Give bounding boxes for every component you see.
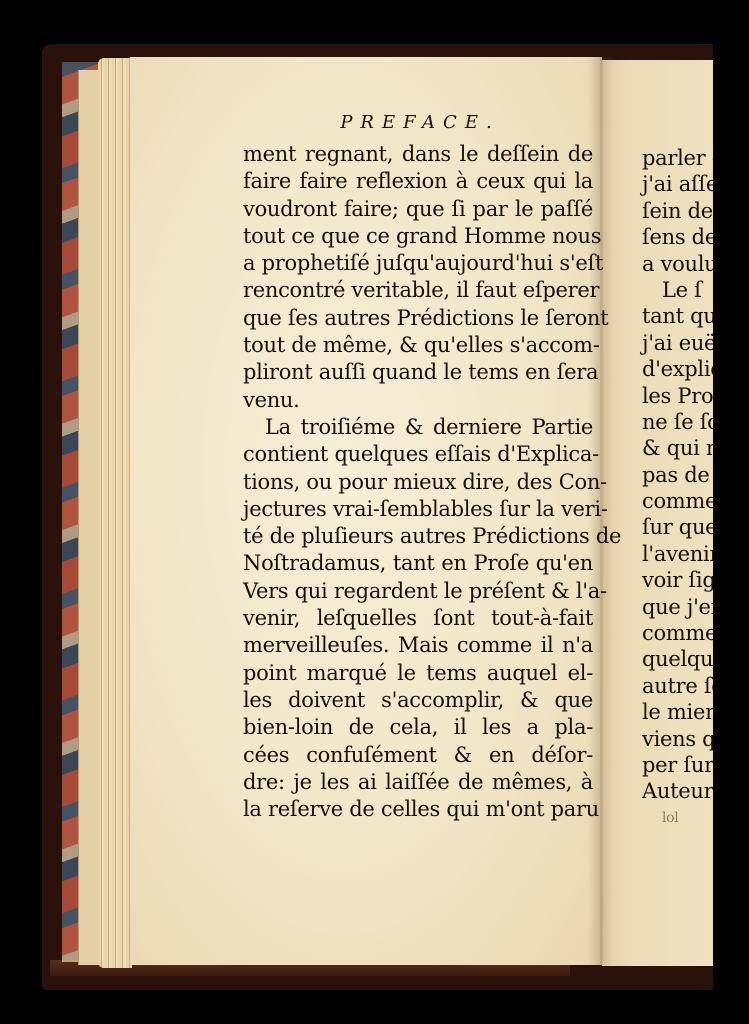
left-page-text: ment regnant, dans le deſſein de faire f… [243,141,593,823]
text-line: tout de même, & qu'elles s'accom- [243,332,593,359]
text-line: les Prop [642,383,713,409]
text-line: comme [642,620,713,646]
text-line: cées confuſément & en déſor- [243,742,593,769]
text-line: jectures vrai-ſemblables ſur la veri- [243,496,593,523]
page-stack-edges [98,58,132,968]
text-line: le mien [642,699,713,725]
text-line: per ſur [642,752,713,778]
text-line: La troiſiéme & derniere Partie [243,414,593,441]
text-line: Auteur [642,778,713,804]
text-line: j'ai aſſer [642,171,713,197]
right-page-text: parler c j'ai aſſer ſein de ſens de a vo… [642,145,713,831]
text-line: ſens de [642,224,713,250]
text-line: pliront auſſi quand le tems en ſera [243,359,593,386]
text-line: que ſes autres Prédictions le ſeront [243,305,593,332]
text-line: faire faire reflexion à ceux qui la [243,168,593,195]
text-line: viens qu [642,726,713,752]
text-line: voudront faire; que ſi par le paſſé [243,196,593,223]
running-head: PREFACE. [250,112,590,133]
text-line: les doivent s'accomplir, & que [243,687,593,714]
text-line: tant qu [642,303,713,329]
text-line: venu. [243,387,593,414]
text-line: voir ſig [642,567,713,593]
text-line: la reſerve de celles qui m'ont paru [243,796,593,823]
text-line: ſur que [642,514,713,540]
text-line: contient quelques eſſais d'Explica- [243,441,593,468]
text-line: parler c [642,145,713,171]
text-line: té de pluſieurs autres Prédictions de [243,523,593,550]
text-line: j'ai euë [642,330,713,356]
text-line: merveilleuſes. Mais comme il n'a [243,632,593,659]
text-line: ment regnant, dans le deſſein de [243,141,593,168]
text-line: & qui n [642,435,713,461]
text-line: a voulu [642,251,713,277]
text-line: bien-loin de cela, il les a pla- [243,714,593,741]
text-line: dre: je les ai laiſſée de mêmes, à [243,769,593,796]
bleed-through-text: lol [642,805,713,831]
text-line: autre ſe [642,673,713,699]
text-line: venir, leſquelles ſont tout-à-fait [243,605,593,632]
background-right [713,0,749,1024]
text-line: que j'en [642,594,713,620]
text-line: point marqué le tems auquel el- [243,660,593,687]
text-line: a prophetiſé juſqu'aujourd'hui s'eſt [243,250,593,277]
right-page: parler c j'ai aſſer ſein de ſens de a vo… [602,60,713,966]
text-line: quelqu' [642,646,713,672]
text-line: l'avenir [642,541,713,567]
text-line: Noſtradamus, tant en Proſe qu'en [243,550,593,577]
text-line: tions, ou pour mieux dire, des Con- [243,469,593,496]
text-line: Le ſ [642,277,713,303]
text-line: ſein de [642,198,713,224]
text-line: comme [642,488,713,514]
text-line: pas de [642,462,713,488]
text-line: rencontré veritable, il faut eſperer [243,277,593,304]
text-line: tout ce que ce grand Homme nous [243,223,593,250]
text-line: d'explic [642,356,713,382]
text-line: ne ſe ſor [642,409,713,435]
text-line: Vers qui regardent le préſent & l'a- [243,578,593,605]
